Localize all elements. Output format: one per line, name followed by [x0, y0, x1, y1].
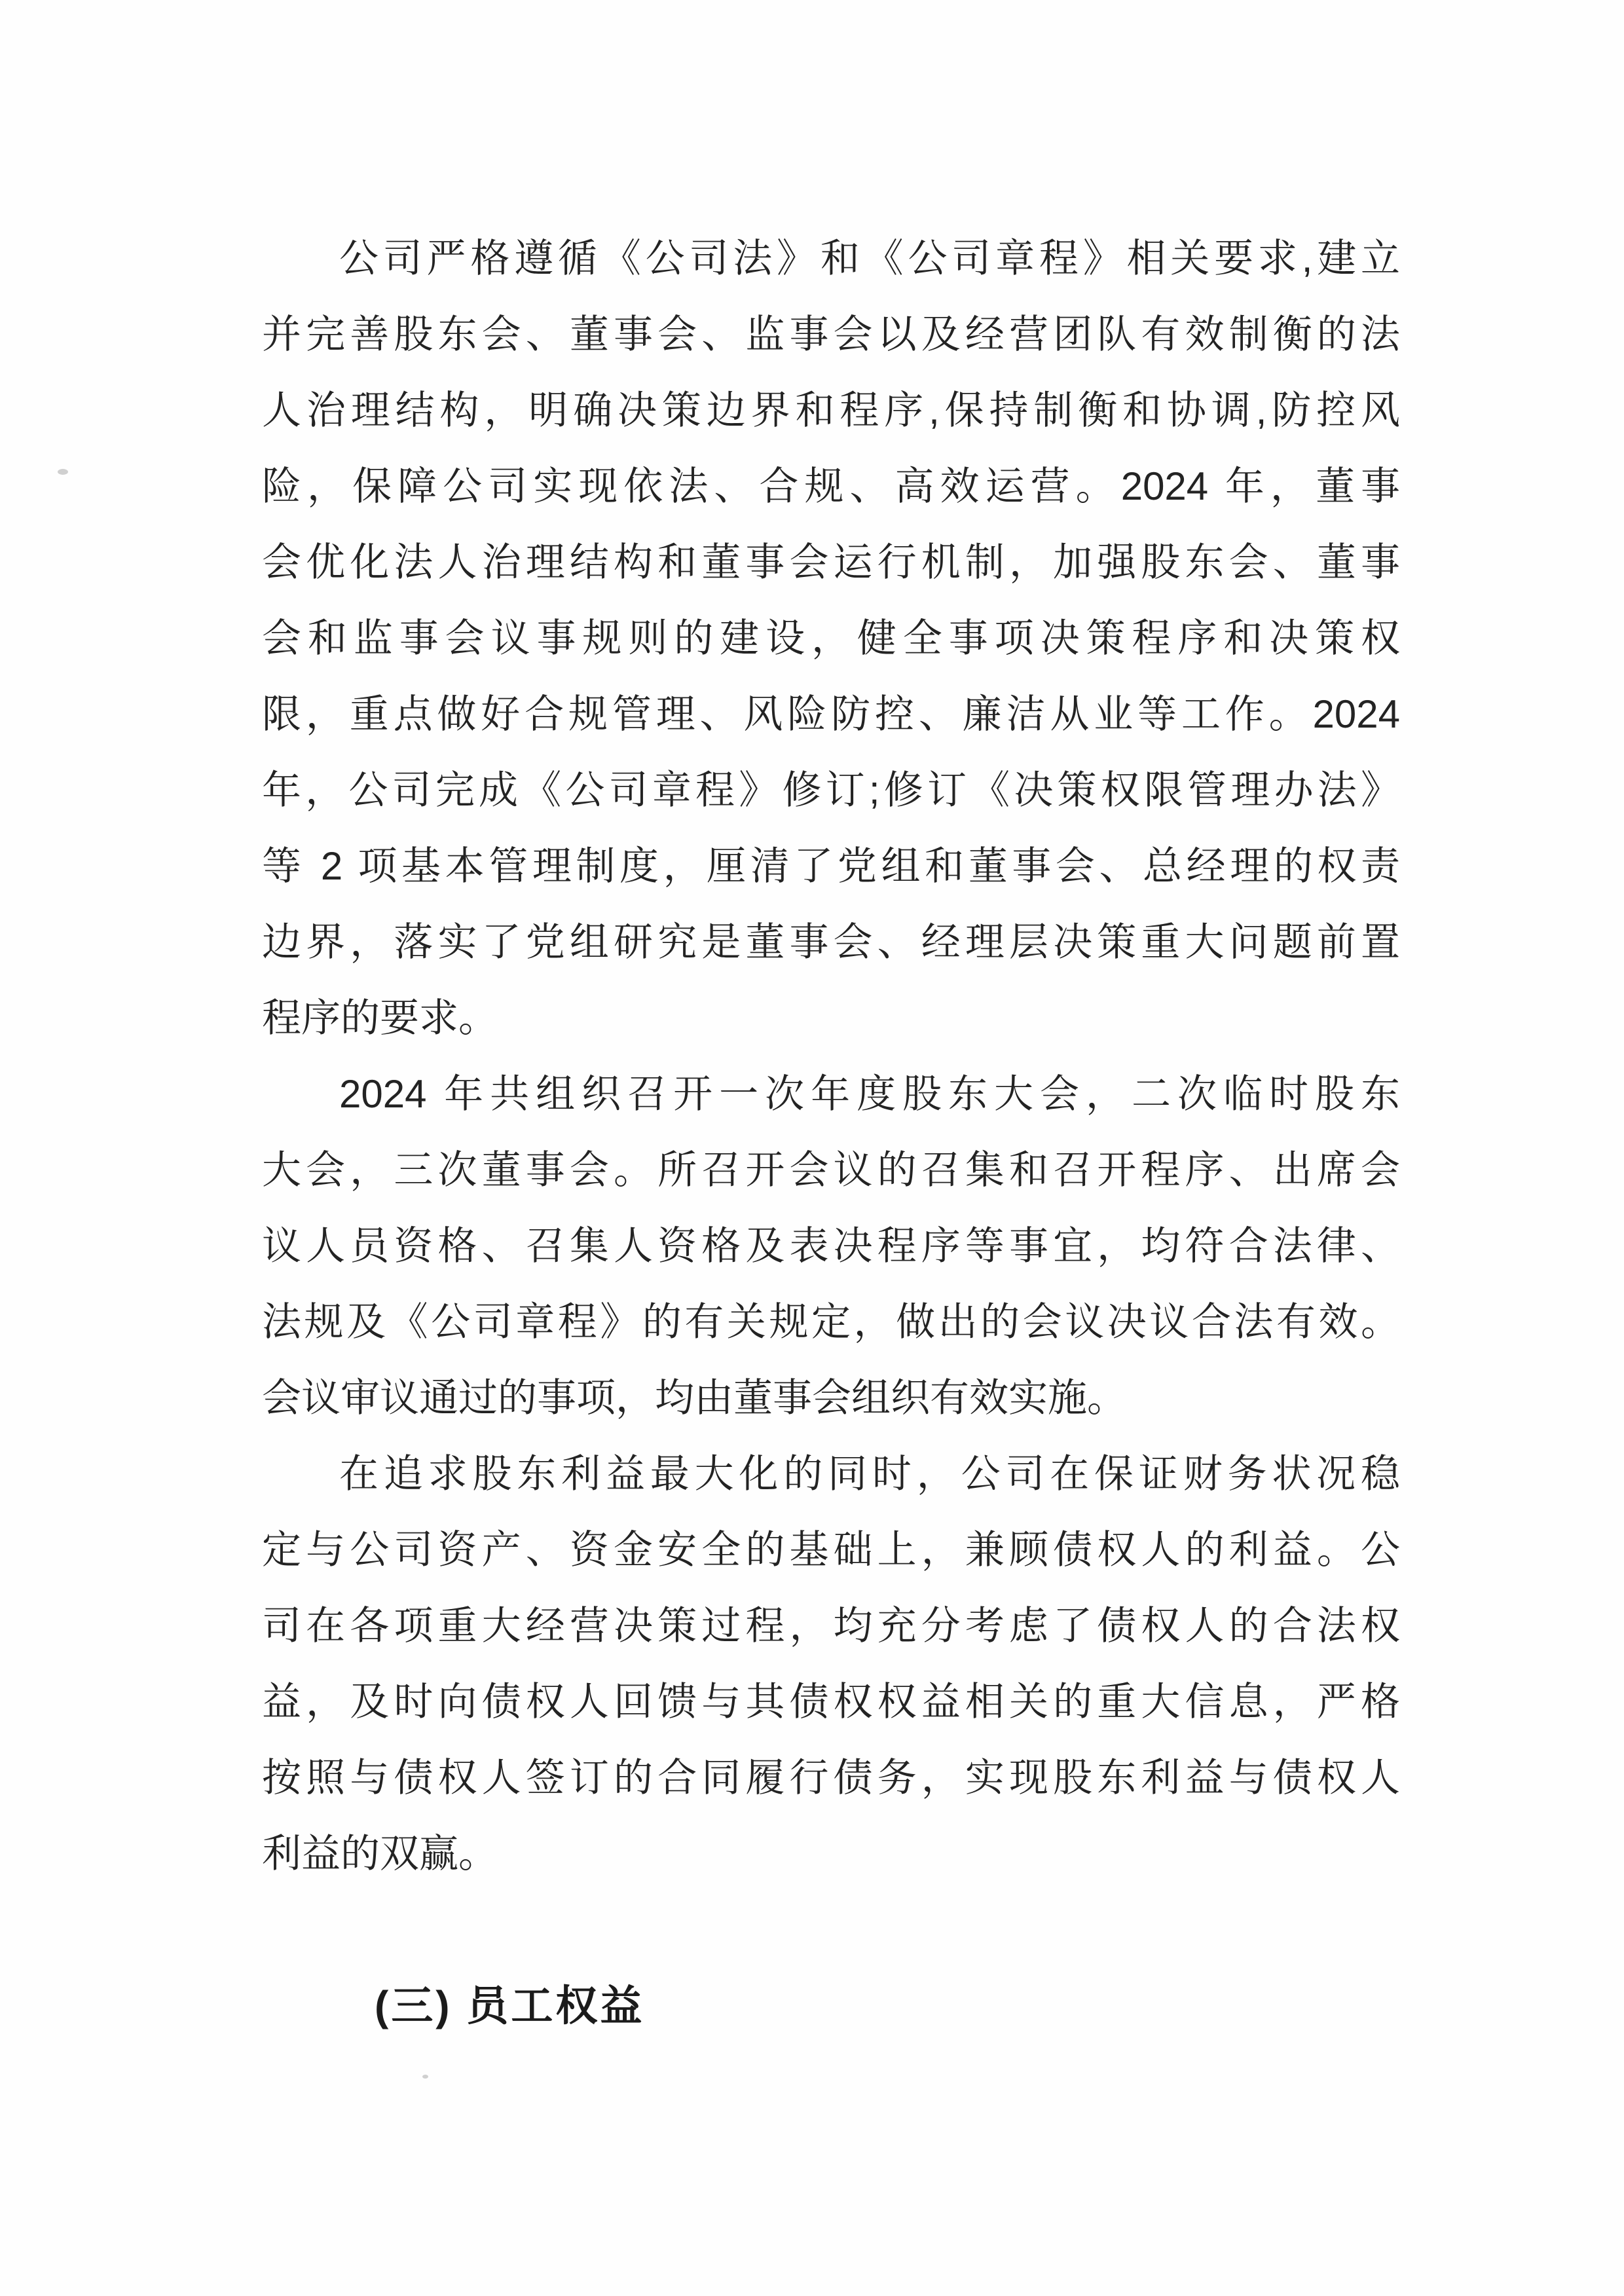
text-line: 大会，三次董事会。所召开会议的召集和召开程序、出席会 — [262, 1132, 1400, 1208]
text-line: 按照与债权人签订的合同履行债务，实现股东利益与债权人 — [262, 1740, 1400, 1816]
text-line: 人治理结构，明确决策边界和程序,保持制衡和协调,防控风 — [262, 373, 1400, 449]
text-line: 在追求股东利益最大化的同时，公司在保证财务状况稳 — [262, 1436, 1400, 1512]
blank-line — [262, 1892, 1400, 1968]
text-line: 等 2 项基本管理制度，厘清了党组和董事会、总经理的权责 — [262, 828, 1400, 904]
text-line: 会优化法人治理结构和董事会运行机制，加强股东会、董事 — [262, 525, 1400, 601]
text-line-paragraph-end: 会议审议通过的事项，均由董事会组织有效实施。 — [262, 1360, 1400, 1436]
section-heading: (三) 员工权益 — [262, 1968, 1400, 2044]
text-line: 益，及时向债权人回馈与其债权权益相关的重大信息，严格 — [262, 1664, 1400, 1740]
text-line: 法规及《公司章程》的有关规定，做出的会议决议合法有效。 — [262, 1284, 1400, 1360]
text-line: 年，公司完成《公司章程》修订;修订《决策权限管理办法》 — [262, 752, 1400, 828]
scan-speck — [422, 2075, 428, 2079]
text-line: 限，重点做好合规管理、风险防控、廉洁从业等工作。2024 — [262, 676, 1400, 752]
text-line: 2024 年共组织召开一次年度股东大会，二次临时股东 — [262, 1056, 1400, 1132]
text-line-paragraph-end: 程序的要求。 — [262, 980, 1400, 1056]
document-body: 公司严格遵循《公司法》和《公司章程》相关要求,建立 并完善股东会、董事会、监事会… — [262, 221, 1400, 2044]
text-line: 公司严格遵循《公司法》和《公司章程》相关要求,建立 — [262, 221, 1400, 297]
text-line: 并完善股东会、董事会、监事会以及经营团队有效制衡的法 — [262, 297, 1400, 373]
text-line: 定与公司资产、资金安全的基础上，兼顾债权人的利益。公 — [262, 1512, 1400, 1588]
scan-speck — [58, 469, 68, 475]
text-line: 险，保障公司实现依法、合规、高效运营。2024 年，董事 — [262, 449, 1400, 525]
scanned-document-page: 公司严格遵循《公司法》和《公司章程》相关要求,建立 并完善股东会、董事会、监事会… — [0, 0, 1624, 2296]
text-line-paragraph-end: 利益的双赢。 — [262, 1816, 1400, 1892]
text-line: 边界，落实了党组研究是董事会、经理层决策重大问题前置 — [262, 904, 1400, 980]
text-line: 司在各项重大经营决策过程，均充分考虑了债权人的合法权 — [262, 1588, 1400, 1664]
text-line: 会和监事会议事规则的建设，健全事项决策程序和决策权 — [262, 601, 1400, 676]
text-line: 议人员资格、召集人资格及表决程序等事宜，均符合法律、 — [262, 1208, 1400, 1284]
